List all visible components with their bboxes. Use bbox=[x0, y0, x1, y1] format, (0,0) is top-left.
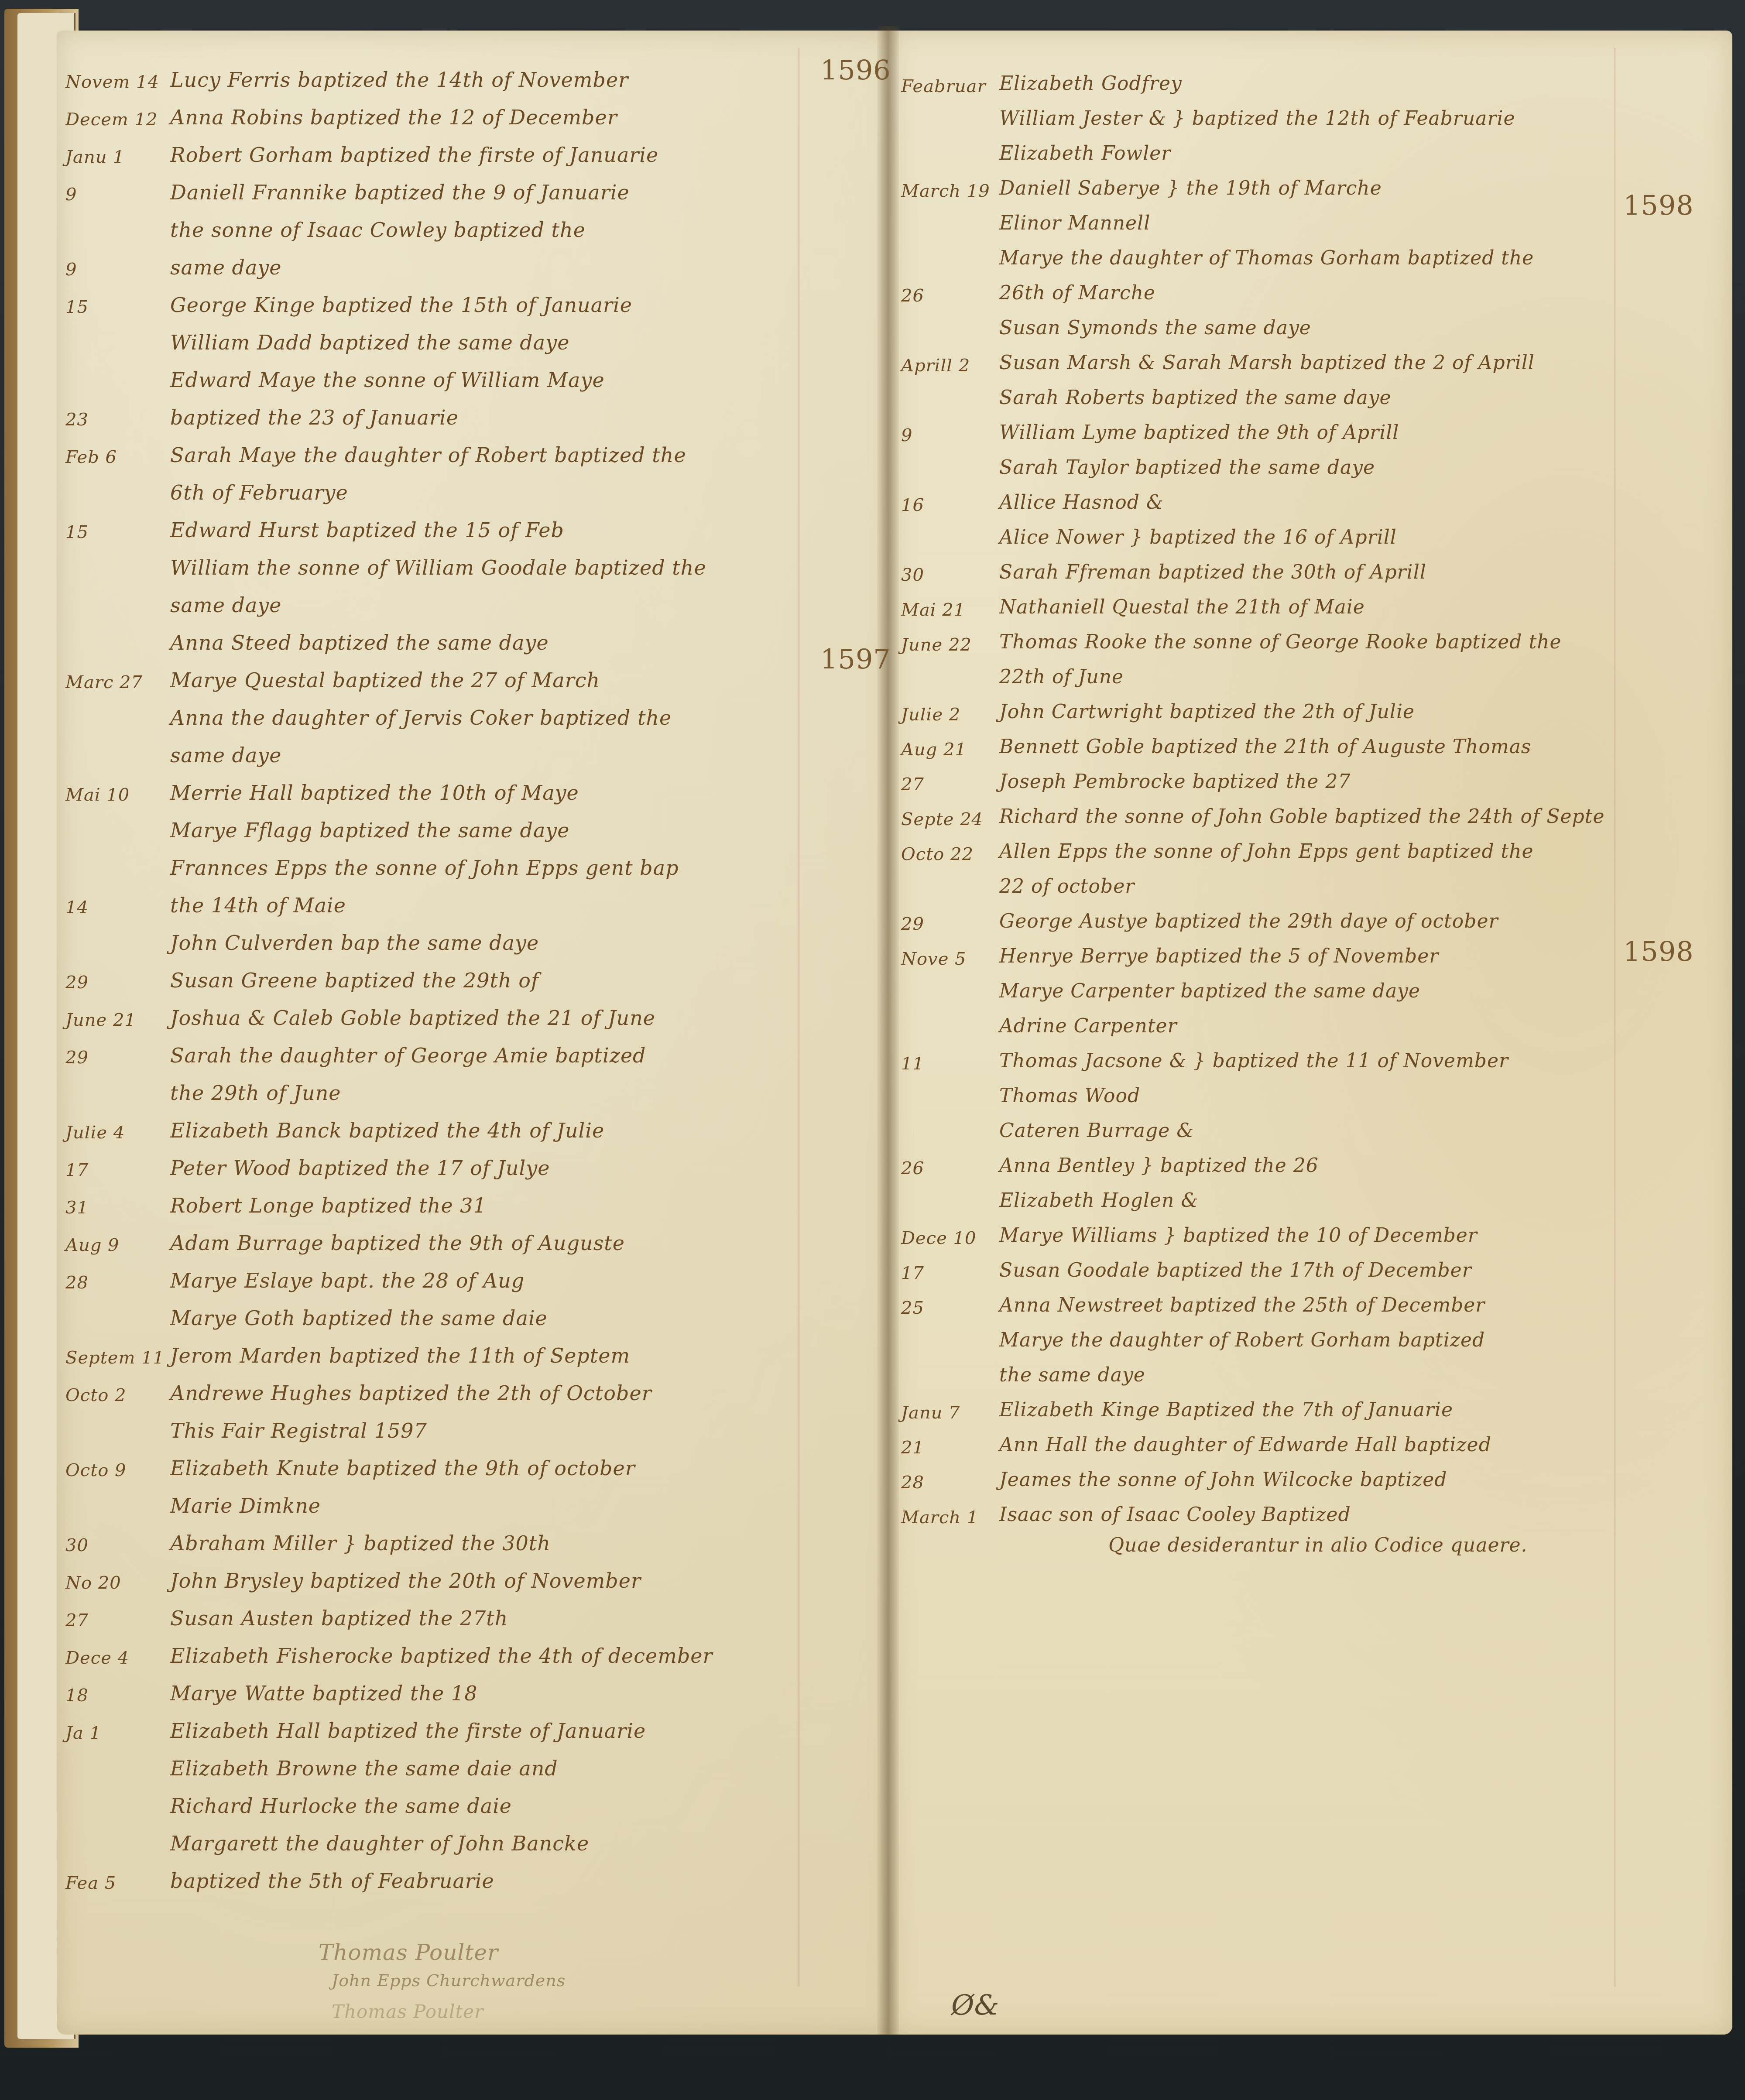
entry-date-margin: 26 bbox=[901, 287, 924, 305]
entry-date-margin: 30 bbox=[901, 566, 924, 584]
entry-date-margin: Fea 5 bbox=[65, 1874, 116, 1892]
entry-date-margin: Ja 1 bbox=[65, 1724, 101, 1742]
folio-number: Ø& bbox=[951, 1990, 999, 2022]
entry-date-margin: March 19 bbox=[901, 182, 990, 200]
entry-date-margin: Feabruar bbox=[901, 78, 986, 95]
entry-date-margin: 15 bbox=[65, 524, 89, 541]
baptism-entry: Elizabeth Knute baptized the 9th of octo… bbox=[170, 1458, 635, 1478]
baptism-entry: 22th of June bbox=[999, 668, 1124, 687]
baptism-entry: Marye Eslaye bapt. the 28 of Aug bbox=[170, 1271, 525, 1291]
year-marker: 1597 bbox=[820, 646, 891, 673]
baptism-entry: Susan Goodale baptized the 17th of Decem… bbox=[999, 1261, 1472, 1280]
baptism-entry: 6th of Februarye bbox=[170, 483, 348, 503]
baptism-entry: Nathaniell Questal the 21th of Maie bbox=[999, 598, 1365, 617]
baptism-entry: Elizabeth Hoglen & bbox=[999, 1191, 1199, 1210]
baptism-entry: 22 of october bbox=[999, 877, 1135, 896]
baptism-entry: Margarett the daughter of John Bancke bbox=[170, 1833, 589, 1853]
entry-date-margin: 28 bbox=[901, 1474, 924, 1491]
baptism-entry: Anna Bentley } baptized the 26 bbox=[999, 1156, 1319, 1175]
baptism-entry: Marye Fflagg baptized the same daye bbox=[170, 820, 570, 840]
entry-date-margin: 15 bbox=[65, 298, 89, 316]
baptism-entry: Elizabeth Banck baptized the 4th of Juli… bbox=[170, 1120, 604, 1141]
baptism-entry: Anna Robins baptized the 12 of December bbox=[170, 107, 617, 127]
entry-date-margin: Dece 4 bbox=[65, 1649, 129, 1667]
entry-date-margin: 27 bbox=[901, 776, 924, 793]
baptism-entry: same daye bbox=[170, 595, 282, 615]
baptism-entry: Elizabeth Hall baptized the firste of Ja… bbox=[170, 1721, 646, 1741]
baptism-entry: Marye the daughter of Thomas Gorham bapt… bbox=[999, 249, 1534, 268]
entry-date-margin: 27 bbox=[65, 1612, 89, 1629]
baptism-entry: George Austye baptized the 29th daye of … bbox=[999, 912, 1498, 931]
entry-date-margin: Octo 9 bbox=[65, 1462, 127, 1479]
baptism-entry: Merrie Hall baptized the 10th of Maye bbox=[170, 783, 579, 803]
entry-date-margin: 23 bbox=[65, 411, 89, 428]
baptism-entry: Sarah the daughter of George Amie baptiz… bbox=[170, 1045, 646, 1065]
baptism-entry: Sarah Maye the daughter of Robert baptiz… bbox=[170, 445, 686, 465]
entry-date-margin: March 1 bbox=[901, 1509, 978, 1526]
entry-date-margin: 9 bbox=[65, 186, 77, 203]
entry-date-margin: Nove 5 bbox=[901, 950, 967, 968]
entry-date-margin: Dece 10 bbox=[901, 1230, 976, 1247]
entry-date-margin: Julie 2 bbox=[901, 706, 960, 723]
year-marker: 1596 bbox=[820, 57, 891, 84]
entry-date-margin: 21 bbox=[901, 1439, 924, 1456]
baptism-entry: Anna Steed baptized the same daye bbox=[170, 633, 549, 653]
entry-date-margin: 29 bbox=[65, 1049, 89, 1066]
baptism-entry: Joseph Pembrocke baptized the 27 bbox=[999, 772, 1351, 791]
baptism-entry: This Fair Registral 1597 bbox=[170, 1421, 427, 1441]
entry-date-margin: Mai 10 bbox=[65, 786, 130, 804]
baptism-entry: Susan Symonds the same daye bbox=[999, 319, 1311, 338]
baptism-entry: William Jester & } baptized the 12th of … bbox=[999, 109, 1515, 128]
entry-date-margin: 9 bbox=[65, 261, 77, 278]
entry-date-margin: Marc 27 bbox=[65, 674, 143, 691]
baptism-entry: the sonne of Isaac Cowley baptized the bbox=[170, 220, 586, 240]
baptism-entry: Sarah Ffreman baptized the 30th of April… bbox=[999, 563, 1426, 582]
baptism-entry: Elinor Mannell bbox=[999, 214, 1150, 233]
baptism-entry: Alice Nower } baptized the 16 of Aprill bbox=[999, 528, 1397, 547]
baptism-entry: Thomas Jacsone & } baptized the 11 of No… bbox=[999, 1052, 1508, 1071]
book-gutter bbox=[877, 26, 899, 2035]
baptism-entry: same daye bbox=[170, 745, 282, 765]
year-marker: 1598 bbox=[1623, 192, 1694, 219]
signature: John Epps Churchwardens bbox=[332, 1972, 566, 1989]
entry-date-margin: 16 bbox=[901, 497, 924, 514]
baptism-entry: Sarah Taylor baptized the same daye bbox=[999, 458, 1375, 477]
entry-date-margin: 28 bbox=[65, 1274, 89, 1292]
baptism-entry: Susan Austen baptized the 27th bbox=[170, 1608, 508, 1628]
entry-date-margin: 11 bbox=[901, 1055, 924, 1072]
baptism-entry: Thomas Rooke the sonne of George Rooke b… bbox=[999, 633, 1562, 652]
entry-date-margin: Octo 2 bbox=[65, 1387, 127, 1404]
baptism-entry: Henrye Berrye baptized the 5 of November bbox=[999, 947, 1439, 966]
entry-date-margin: 29 bbox=[901, 915, 924, 933]
baptism-entry: Bennett Goble baptized the 21th of Augus… bbox=[999, 737, 1531, 757]
baptism-entry: baptized the 5th of Feabruarie bbox=[170, 1871, 494, 1891]
baptism-entry: Susan Greene baptized the 29th of bbox=[170, 970, 539, 990]
entry-date-margin: June 22 bbox=[901, 636, 972, 654]
baptism-entry: Richard the sonne of John Goble baptized… bbox=[999, 807, 1604, 826]
year-marker: 1598 bbox=[1623, 938, 1694, 965]
baptism-entry: Elizabeth Godfrey bbox=[999, 74, 1182, 93]
entry-date-margin: June 21 bbox=[65, 1011, 136, 1029]
entry-date-margin: 9 bbox=[901, 427, 912, 444]
baptism-entry: Edward Hurst baptized the 15 of Feb bbox=[170, 520, 564, 540]
baptism-entry: Lucy Ferris baptized the 14th of Novembe… bbox=[170, 70, 628, 90]
baptism-entry: Isaac son of Isaac Cooley Baptized bbox=[999, 1505, 1351, 1524]
baptism-entry: Anna Newstreet baptized the 25th of Dece… bbox=[999, 1296, 1485, 1315]
baptism-entry: the same daye bbox=[999, 1366, 1145, 1385]
baptism-entry: Daniell Saberye } the 19th of Marche bbox=[999, 179, 1382, 198]
entry-date-margin: 29 bbox=[65, 974, 89, 991]
baptism-entry: Ann Hall the daughter of Edwarde Hall ba… bbox=[999, 1435, 1491, 1455]
margin-rule-right-page bbox=[1615, 48, 1615, 1987]
baptism-entry: Richard Hurlocke the same daie bbox=[170, 1796, 512, 1816]
entry-date-margin: 17 bbox=[901, 1264, 924, 1282]
baptism-entry: Marye Goth baptized the same daie bbox=[170, 1308, 548, 1328]
entry-date-margin: Julie 4 bbox=[65, 1124, 125, 1141]
entry-date-margin: 18 bbox=[65, 1687, 89, 1704]
baptism-entry: Robert Gorham baptized the firste of Jan… bbox=[170, 145, 658, 165]
baptism-entry: Robert Longe baptized the 31 bbox=[170, 1196, 487, 1216]
baptism-entry: Edward Maye the sonne of William Maye bbox=[170, 370, 605, 390]
baptism-entry: Marye the daughter of Robert Gorham bapt… bbox=[999, 1331, 1485, 1350]
entry-date-margin: 26 bbox=[901, 1160, 924, 1177]
baptism-entry: Adam Burrage baptized the 9th of Auguste bbox=[170, 1233, 625, 1253]
baptism-entry: William Lyme baptized the 9th of Aprill bbox=[999, 423, 1399, 442]
baptism-entry: Jeames the sonne of John Wilcocke baptiz… bbox=[999, 1470, 1447, 1490]
baptism-entry: Elizabeth Kinge Baptized the 7th of Janu… bbox=[999, 1401, 1453, 1420]
baptism-entry: Abraham Miller } baptized the 30th bbox=[170, 1533, 551, 1553]
baptism-entry: Allice Hasnod & bbox=[999, 493, 1164, 512]
baptism-entry: John Culverden bap the same daye bbox=[170, 933, 539, 953]
baptism-entry: Marye Williams } baptized the 10 of Dece… bbox=[999, 1226, 1478, 1245]
baptism-entry: baptized the 23 of Januarie bbox=[170, 408, 459, 428]
entry-date-margin: Mai 21 bbox=[901, 601, 965, 619]
entry-date-margin: 30 bbox=[65, 1537, 89, 1554]
entry-date-margin: No 20 bbox=[65, 1574, 121, 1592]
entry-date-margin: Janu 1 bbox=[65, 148, 125, 166]
baptism-entry: Thomas Wood bbox=[999, 1086, 1140, 1106]
baptism-entry: John Brysley baptized the 20th of Novemb… bbox=[170, 1571, 641, 1591]
entry-date-margin: Novem 14 bbox=[65, 73, 159, 91]
baptism-entry: Marye Carpenter baptized the same daye bbox=[999, 982, 1420, 1001]
baptism-entry: Daniell Frannike baptized the 9 of Janua… bbox=[170, 182, 630, 202]
baptism-entry: Andrewe Hughes baptized the 2th of Octob… bbox=[170, 1383, 652, 1403]
baptism-entry: 26th of Marche bbox=[999, 284, 1155, 303]
baptism-entry: Cateren Burrage & bbox=[999, 1121, 1194, 1141]
baptism-entry: Elizabeth Browne the same daie and bbox=[170, 1758, 558, 1778]
signature: Thomas Poulter bbox=[332, 2003, 483, 2021]
baptism-entry: Marie Dimkne bbox=[170, 1496, 321, 1516]
baptism-entry: Peter Wood baptized the 17 of Julye bbox=[170, 1158, 550, 1178]
margin-rule-left-page bbox=[799, 48, 799, 1987]
entry-date-margin: Aug 9 bbox=[65, 1237, 119, 1254]
baptism-entry: Jerom Marden baptized the 11th of Septem bbox=[170, 1346, 630, 1366]
entry-date-margin: Septem 11 bbox=[65, 1349, 165, 1367]
baptism-entry: Joshua & Caleb Goble baptized the 21 of … bbox=[170, 1008, 655, 1028]
entry-date-margin: Septe 24 bbox=[901, 811, 983, 828]
closing-note: Quae desiderantur in alio Codice quaere. bbox=[1108, 1536, 1528, 1555]
entry-date-margin: Aug 21 bbox=[901, 741, 967, 758]
entry-date-margin: Aprill 2 bbox=[901, 357, 970, 374]
baptism-entry: same daye bbox=[170, 257, 282, 277]
entry-date-margin: Feb 6 bbox=[65, 449, 117, 466]
baptism-entry: Susan Marsh & Sarah Marsh baptized the 2… bbox=[999, 353, 1535, 373]
baptism-entry: Sarah Roberts baptized the same daye bbox=[999, 388, 1392, 408]
entry-date-margin: 25 bbox=[901, 1299, 924, 1317]
baptism-entry: William the sonne of William Goodale bap… bbox=[170, 558, 706, 578]
entry-date-margin: Decem 12 bbox=[65, 111, 158, 128]
baptism-entry: Frannces Epps the sonne of John Epps gen… bbox=[170, 858, 679, 878]
baptism-entry: Elizabeth Fisherocke baptized the 4th of… bbox=[170, 1646, 713, 1666]
entry-date-margin: Janu 7 bbox=[901, 1404, 960, 1422]
baptism-entry: the 14th of Maie bbox=[170, 895, 346, 915]
signature: Thomas Poulter bbox=[319, 1942, 498, 1963]
baptism-entry: Marye Questal baptized the 27 of March bbox=[170, 670, 600, 690]
baptism-entry: Elizabeth Fowler bbox=[999, 144, 1171, 163]
entry-date-margin: 14 bbox=[65, 899, 89, 916]
baptism-entry: Allen Epps the sonne of John Epps gent b… bbox=[999, 842, 1534, 861]
baptism-entry: William Dadd baptized the same daye bbox=[170, 332, 569, 353]
baptism-entry: Marye Watte baptized the 18 bbox=[170, 1683, 477, 1703]
entry-date-margin: 17 bbox=[65, 1161, 89, 1179]
entry-date-margin: 31 bbox=[65, 1199, 89, 1216]
entry-date-margin: Octo 22 bbox=[901, 846, 974, 863]
baptism-entry: the 29th of June bbox=[170, 1083, 341, 1103]
baptism-entry: George Kinge baptized the 15th of Januar… bbox=[170, 295, 632, 315]
baptism-entry: John Cartwright baptized the 2th of Juli… bbox=[999, 702, 1415, 722]
baptism-entry: Adrine Carpenter bbox=[999, 1017, 1177, 1036]
baptism-entry: Anna the daughter of Jervis Coker baptiz… bbox=[170, 708, 672, 728]
